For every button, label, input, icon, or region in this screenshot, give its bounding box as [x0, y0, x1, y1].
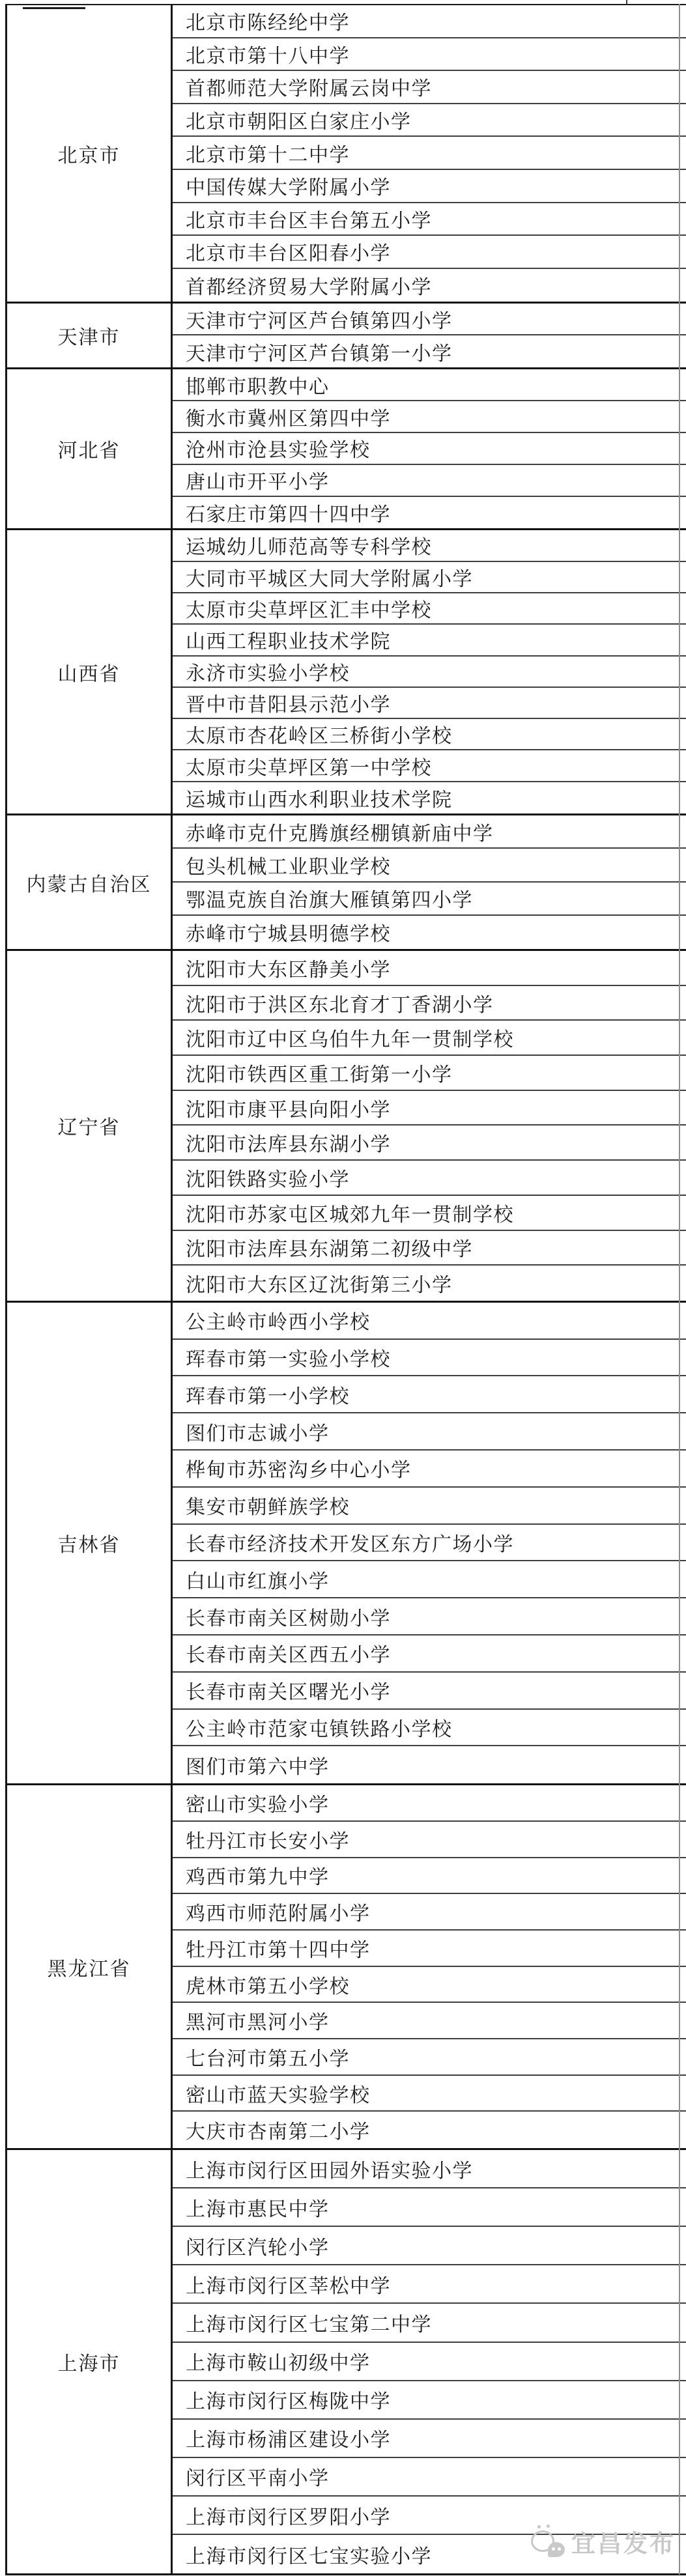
table-row: 上海市闵行区梅陇中学 — [173, 2381, 686, 2420]
table-row: 北京市第十八中学 — [173, 38, 686, 72]
school-name: 上海市闵行区七宝第二中学 — [186, 2308, 432, 2337]
school-name: 北京市陈经纶中学 — [186, 7, 350, 35]
school-name: 沈阳市大东区辽沈街第三小学 — [186, 1269, 453, 1297]
table-row: 上海市闵行区莘松中学 — [173, 2265, 686, 2304]
school-name: 山西工程职业技术学院 — [186, 625, 391, 654]
province-label: 北京市 — [7, 5, 173, 302]
school-name: 图们市志诚小学 — [186, 1417, 330, 1446]
table-row: 太原市尖草坪区汇丰中学校 — [173, 593, 686, 625]
school-rows: 运城幼儿师范高等专科学校大同市平城区大同大学附属小学太原市尖草坪区汇丰中学校山西… — [173, 530, 686, 814]
province-label: 吉林省 — [7, 1303, 173, 1783]
table-row: 天津市宁河区芦台镇第一小学 — [173, 335, 686, 367]
school-name: 北京市丰台区丰台第五小学 — [186, 205, 432, 233]
school-name: 长春市南关区曙光小学 — [186, 1676, 391, 1705]
table-row: 图们市第六中学 — [173, 1746, 686, 1783]
table-row: 上海市鞍山初级中学 — [173, 2343, 686, 2381]
school-name: 长春市经济技术开发区东方广场小学 — [186, 1528, 514, 1557]
table-row: 集安市朝鲜族学校 — [173, 1488, 686, 1525]
table-row: 公主岭市岭西小学校 — [173, 1303, 686, 1340]
table-row: 沈阳市法库县东湖第二初级中学 — [173, 1231, 686, 1266]
province-group: 吉林省公主岭市岭西小学校珲春市第一实验小学校珲春市第一小学校图们市志诚小学桦甸市… — [7, 1303, 686, 1785]
table-row: 长春市南关区西五小学 — [173, 1635, 686, 1673]
table-row: 沈阳市于洪区东北育才丁香湖小学 — [173, 986, 686, 1021]
province-group: 山西省运城幼儿师范高等专科学校大同市平城区大同大学附属小学太原市尖草坪区汇丰中学… — [7, 530, 686, 815]
table-row: 首都师范大学附属云岗中学 — [173, 71, 686, 104]
table-row: 沈阳市大东区静美小学 — [173, 951, 686, 986]
school-list-table: 北京市北京市陈经纶中学北京市第十八中学首都师范大学附属云岗中学北京市朝阳区白家庄… — [5, 4, 686, 2575]
school-name: 太原市尖草坪区第一中学校 — [186, 752, 432, 780]
school-name: 上海市闵行区田园外语实验小学 — [186, 2155, 473, 2183]
table-row: 北京市第十二中学 — [173, 137, 686, 170]
table-row: 沈阳市苏家屯区城郊九年一贯制学校 — [173, 1196, 686, 1231]
school-name: 赤峰市宁城县明德学校 — [186, 918, 391, 946]
school-name: 公主岭市岭西小学校 — [186, 1306, 371, 1335]
school-name: 包头机械工业职业学校 — [186, 851, 391, 879]
school-rows: 北京市陈经纶中学北京市第十八中学首都师范大学附属云岗中学北京市朝阳区白家庄小学北… — [173, 5, 686, 302]
school-name: 白山市红旗小学 — [186, 1565, 330, 1594]
table-row: 运城幼儿师范高等专科学校 — [173, 530, 686, 561]
table-row: 牡丹江市第十四中学 — [173, 1931, 686, 1967]
province-group: 北京市北京市陈经纶中学北京市第十八中学首都师范大学附属云岗中学北京市朝阳区白家庄… — [7, 5, 686, 304]
table-row: 上海市杨浦区建设小学 — [173, 2420, 686, 2458]
school-name: 闵行区汽轮小学 — [186, 2231, 330, 2260]
school-name: 沈阳市法库县东湖第二初级中学 — [186, 1233, 473, 1262]
table-row: 晋中市昔阳县示范小学 — [173, 688, 686, 719]
school-name: 密山市蓝天实验学校 — [186, 2079, 371, 2108]
table-row: 闵行区汽轮小学 — [173, 2227, 686, 2265]
school-name: 上海市鞍山初级中学 — [186, 2347, 371, 2375]
school-name: 运城幼儿师范高等专科学校 — [186, 531, 432, 559]
table-row: 天津市宁河区芦台镇第四小学 — [173, 304, 686, 335]
table-row: 沈阳铁路实验小学 — [173, 1161, 686, 1196]
school-name: 运城市山西水利职业技术学院 — [186, 784, 453, 812]
table-row: 密山市实验小学 — [173, 1785, 686, 1822]
table-row: 虎林市第五小学校 — [173, 1967, 686, 2003]
school-name: 集安市朝鲜族学校 — [186, 1491, 350, 1520]
school-name: 沈阳市法库县东湖小学 — [186, 1128, 391, 1157]
table-row: 鸡西市第九中学 — [173, 1858, 686, 1895]
province-label: 内蒙古自治区 — [7, 815, 173, 949]
table-row: 大庆市杏南第二小学 — [173, 2112, 686, 2148]
province-group: 天津市天津市宁河区芦台镇第四小学天津市宁河区芦台镇第一小学 — [7, 304, 686, 369]
table-row: 上海市闵行区七宝实验小学 — [173, 2535, 686, 2573]
table-row: 白山市红旗小学 — [173, 1561, 686, 1598]
school-name: 沈阳市辽中区乌伯牛九年一贯制学校 — [186, 1023, 514, 1052]
school-name: 沈阳铁路实验小学 — [186, 1163, 350, 1192]
table-row: 北京市陈经纶中学 — [173, 5, 686, 38]
table-row: 沧州市沧县实验学校 — [173, 433, 686, 465]
table-row: 牡丹江市长安小学 — [173, 1822, 686, 1858]
school-rows: 公主岭市岭西小学校珲春市第一实验小学校珲春市第一小学校图们市志诚小学桦甸市苏密沟… — [173, 1303, 686, 1783]
table-row: 沈阳市康平县向阳小学 — [173, 1091, 686, 1126]
school-name: 沧州市沧县实验学校 — [186, 434, 371, 462]
table-row: 大同市平城区大同大学附属小学 — [173, 562, 686, 593]
cropped-header-border-notch — [23, 7, 85, 9]
school-name: 中国传媒大学附属小学 — [186, 171, 391, 200]
table-row: 邯郸市职教中心 — [173, 369, 686, 401]
table-row: 上海市惠民中学 — [173, 2188, 686, 2227]
school-name: 沈阳市大东区静美小学 — [186, 954, 391, 982]
table-row: 鄂温克族自治旗大雁镇第四小学 — [173, 883, 686, 916]
school-rows: 邯郸市职教中心衡水市冀州区第四中学沧州市沧县实验学校唐山市开平小学石家庄市第四十… — [173, 369, 686, 528]
school-name: 上海市闵行区罗阳小学 — [186, 2501, 391, 2530]
province-label: 天津市 — [7, 304, 173, 367]
school-name: 永济市实验小学校 — [186, 657, 350, 686]
school-name: 首都师范大学附属云岗中学 — [186, 72, 432, 101]
school-name: 首都经济贸易大学附属小学 — [186, 271, 432, 300]
school-name: 鸡西市第九中学 — [186, 1861, 330, 1890]
school-name: 上海市闵行区莘松中学 — [186, 2270, 391, 2299]
school-name: 沈阳市苏家屯区城郊九年一贯制学校 — [186, 1198, 514, 1227]
school-name: 七台河市第五小学 — [186, 2043, 350, 2071]
table-row: 珲春市第一实验小学校 — [173, 1340, 686, 1377]
table-row: 衡水市冀州区第四中学 — [173, 401, 686, 433]
school-name: 大同市平城区大同大学附属小学 — [186, 563, 473, 591]
school-name: 珲春市第一小学校 — [186, 1380, 350, 1409]
table-row: 沈阳市铁西区重工街第一小学 — [173, 1056, 686, 1091]
province-group: 辽宁省沈阳市大东区静美小学沈阳市于洪区东北育才丁香湖小学沈阳市辽中区乌伯牛九年一… — [7, 951, 686, 1303]
school-name: 赤峰市克什克腾旗经棚镇新庙中学 — [186, 817, 494, 846]
table-row: 上海市闵行区罗阳小学 — [173, 2497, 686, 2535]
school-name: 北京市第十八中学 — [186, 40, 350, 68]
school-rows: 赤峰市克什克腾旗经棚镇新庙中学包头机械工业职业学校鄂温克族自治旗大雁镇第四小学赤… — [173, 815, 686, 949]
school-rows: 沈阳市大东区静美小学沈阳市于洪区东北育才丁香湖小学沈阳市辽中区乌伯牛九年一贯制学… — [173, 951, 686, 1301]
school-name: 唐山市开平小学 — [186, 466, 330, 494]
table-row: 沈阳市法库县东湖小学 — [173, 1125, 686, 1161]
school-name: 天津市宁河区芦台镇第一小学 — [186, 337, 453, 366]
school-name: 桦甸市苏密沟乡中心小学 — [186, 1454, 412, 1482]
table-row: 唐山市开平小学 — [173, 465, 686, 497]
table-row: 图们市志诚小学 — [173, 1413, 686, 1451]
school-rows: 上海市闵行区田园外语实验小学上海市惠民中学闵行区汽轮小学上海市闵行区莘松中学上海… — [173, 2150, 686, 2573]
table-row: 沈阳市辽中区乌伯牛九年一贯制学校 — [173, 1021, 686, 1056]
school-name: 晋中市昔阳县示范小学 — [186, 688, 391, 717]
table-row: 首都经济贸易大学附属小学 — [173, 269, 686, 302]
table-row: 长春市南关区树勋小学 — [173, 1598, 686, 1635]
table-row: 永济市实验小学校 — [173, 657, 686, 688]
school-name: 北京市第十二中学 — [186, 139, 350, 167]
school-name: 密山市实验小学 — [186, 1789, 330, 1817]
school-name: 公主岭市范家屯镇铁路小学校 — [186, 1713, 453, 1742]
table-row: 赤峰市克什克腾旗经棚镇新庙中学 — [173, 815, 686, 849]
school-name: 北京市丰台区阳春小学 — [186, 237, 391, 266]
table-right-border — [679, 4, 680, 2575]
school-name: 鄂温克族自治旗大雁镇第四小学 — [186, 884, 473, 913]
school-name: 上海市杨浦区建设小学 — [186, 2424, 391, 2452]
province-label: 辽宁省 — [7, 951, 173, 1301]
school-name: 闵行区平南小学 — [186, 2462, 330, 2491]
table-row: 中国传媒大学附属小学 — [173, 170, 686, 203]
table-row: 沈阳市大东区辽沈街第三小学 — [173, 1266, 686, 1301]
school-name: 牡丹江市第十四中学 — [186, 1934, 371, 1962]
school-name: 长春市南关区西五小学 — [186, 1639, 391, 1667]
page-root: 北京市北京市陈经纶中学北京市第十八中学首都师范大学附属云岗中学北京市朝阳区白家庄… — [0, 0, 686, 2576]
table-row: 太原市尖草坪区第一中学校 — [173, 750, 686, 782]
school-name: 珲春市第一实验小学校 — [186, 1343, 391, 1372]
table-row: 长春市南关区曙光小学 — [173, 1673, 686, 1710]
school-name: 邯郸市职教中心 — [186, 371, 330, 399]
school-name: 太原市尖草坪区汇丰中学校 — [186, 594, 432, 623]
school-name: 虎林市第五小学校 — [186, 1970, 350, 1999]
school-name: 沈阳市康平县向阳小学 — [186, 1094, 391, 1122]
school-name: 北京市朝阳区白家庄小学 — [186, 106, 412, 134]
school-name: 黑河市黑河小学 — [186, 2006, 330, 2035]
table-row: 太原市杏花岭区三桥街小学校 — [173, 719, 686, 750]
table-row: 长春市经济技术开发区东方广场小学 — [173, 1525, 686, 1562]
table-row: 鸡西市师范附属小学 — [173, 1894, 686, 1931]
table-row: 上海市闵行区七宝第二中学 — [173, 2304, 686, 2342]
table-row: 石家庄市第四十四中学 — [173, 497, 686, 529]
school-name: 长春市南关区树勋小学 — [186, 1602, 391, 1631]
school-name: 图们市第六中学 — [186, 1751, 330, 1779]
school-name: 牡丹江市长安小学 — [186, 1825, 350, 1854]
table-row: 七台河市第五小学 — [173, 2039, 686, 2076]
table-row: 包头机械工业职业学校 — [173, 849, 686, 882]
school-name: 鸡西市师范附属小学 — [186, 1897, 371, 1926]
province-group: 河北省邯郸市职教中心衡水市冀州区第四中学沧州市沧县实验学校唐山市开平小学石家庄市… — [7, 369, 686, 530]
province-label: 黑龙江省 — [7, 1785, 173, 2148]
school-name: 石家庄市第四十四中学 — [186, 498, 391, 527]
province-label: 山西省 — [7, 530, 173, 814]
table-row: 黑河市黑河小学 — [173, 2003, 686, 2039]
table-row: 公主岭市范家屯镇铁路小学校 — [173, 1710, 686, 1747]
table-row: 桦甸市苏密沟乡中心小学 — [173, 1451, 686, 1488]
school-rows: 密山市实验小学牡丹江市长安小学鸡西市第九中学鸡西市师范附属小学牡丹江市第十四中学… — [173, 1785, 686, 2148]
school-name: 沈阳市铁西区重工街第一小学 — [186, 1058, 453, 1087]
school-name: 上海市惠民中学 — [186, 2193, 330, 2222]
table-row: 北京市朝阳区白家庄小学 — [173, 104, 686, 137]
table-row: 运城市山西水利职业技术学院 — [173, 782, 686, 814]
school-name: 衡水市冀州区第四中学 — [186, 403, 391, 431]
table-row: 珲春市第一小学校 — [173, 1376, 686, 1413]
school-name: 大庆市杏南第二小学 — [186, 2116, 371, 2144]
table-row: 北京市丰台区阳春小学 — [173, 236, 686, 269]
table-row: 北京市丰台区丰台第五小学 — [173, 203, 686, 236]
province-label: 河北省 — [7, 369, 173, 528]
school-name: 太原市杏花岭区三桥街小学校 — [186, 720, 453, 748]
table-row: 密山市蓝天实验学校 — [173, 2076, 686, 2112]
province-group: 黑龙江省密山市实验小学牡丹江市长安小学鸡西市第九中学鸡西市师范附属小学牡丹江市第… — [7, 1785, 686, 2150]
school-name: 沈阳市于洪区东北育才丁香湖小学 — [186, 989, 494, 1017]
school-name: 上海市闵行区七宝实验小学 — [186, 2540, 432, 2569]
school-name: 上海市闵行区梅陇中学 — [186, 2385, 391, 2414]
province-group: 内蒙古自治区赤峰市克什克腾旗经棚镇新庙中学包头机械工业职业学校鄂温克族自治旗大雁… — [7, 815, 686, 951]
school-name: 天津市宁河区芦台镇第四小学 — [186, 305, 453, 333]
table-row: 闵行区平南小学 — [173, 2458, 686, 2497]
province-group: 上海市上海市闵行区田园外语实验小学上海市惠民中学闵行区汽轮小学上海市闵行区莘松中… — [7, 2150, 686, 2575]
table-row: 上海市闵行区田园外语实验小学 — [173, 2150, 686, 2188]
cropped-header-column-tick — [626, 0, 627, 5]
school-rows: 天津市宁河区芦台镇第四小学天津市宁河区芦台镇第一小学 — [173, 304, 686, 367]
table-row: 山西工程职业技术学院 — [173, 625, 686, 656]
province-label: 上海市 — [7, 2150, 173, 2573]
table-row: 赤峰市宁城县明德学校 — [173, 916, 686, 949]
